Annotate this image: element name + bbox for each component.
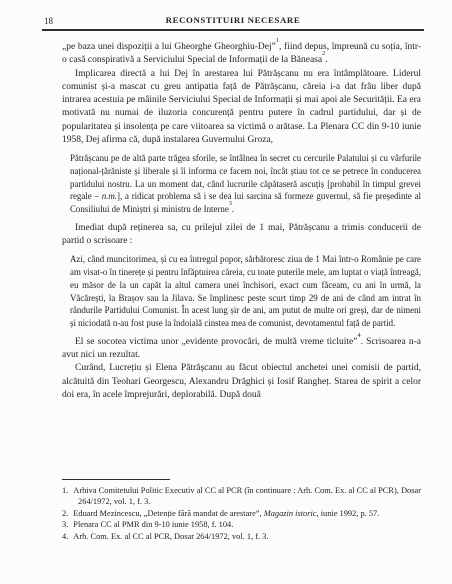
italic-text: Magazin istoric <box>264 509 317 518</box>
footnote-item: 2.Eduard Mezincescu, „Detenție fără mand… <box>62 508 421 519</box>
footnote-number: 1. <box>62 486 68 495</box>
block-quote: Pătrășcanu pe de altă parte trăgea sfori… <box>70 152 421 216</box>
footnotes-section: 1.Arhiva Comitetului Politic Executiv al… <box>62 479 421 542</box>
footnote-marker: 3 <box>229 200 232 207</box>
text-run: , iunie 1992, p. 57. <box>317 509 380 518</box>
footnote-item: 3.Plenara CC al PMR din 9-10 iunie 1958,… <box>62 519 421 530</box>
footnote-marker: 2 <box>322 50 325 57</box>
text-run: Curând, Lucrețiu și Elena Pătrășcanu au … <box>62 363 421 400</box>
footnote-item: 1.Arhiva Comitetului Politic Executiv al… <box>62 485 421 508</box>
page-number: 18 <box>44 16 53 26</box>
footnote-item: 4.Arh. Com. Ex. al CC al PCR, Dosar 264/… <box>62 531 421 542</box>
text-run: Azi, când muncitorimea, și cu ea întregu… <box>70 254 421 328</box>
text-run: Plenara CC al PMR din 9-10 iunie 1958, f… <box>73 520 233 529</box>
text-run: Arh. Com. Ex. al CC al PCR, Dosar 264/19… <box>73 532 268 541</box>
paragraph: Imediat după reținerea sa, cu prilejul z… <box>62 222 421 249</box>
book-page: 18 RECONSTITUIRI NECESARE „pe baza unei … <box>0 0 452 584</box>
footnote-number: 4. <box>62 532 68 541</box>
footnote-separator <box>62 479 170 480</box>
footnote-marker: 1 <box>276 37 279 44</box>
footnote-marker: 4 <box>357 332 360 339</box>
text-run: Arhiva Comitetului Politic Executiv al C… <box>73 486 421 506</box>
footnote-number: 2. <box>62 509 68 518</box>
running-title: RECONSTITUIRI NECESARE <box>42 15 424 25</box>
block-quote: Azi, când muncitorimea, și cu ea întregu… <box>70 253 421 329</box>
text-run: Implicarea directă a lui Dej în arestare… <box>62 69 421 145</box>
text-run: Eduard Mezincescu, „Detenție fără mandat… <box>73 509 263 518</box>
text-run: . <box>325 55 327 65</box>
footnote-list: 1.Arhiva Comitetului Politic Executiv al… <box>62 485 421 542</box>
text-run: Imediat după reținerea sa, cu prilejul z… <box>62 223 421 246</box>
text-run: . <box>232 204 234 214</box>
paragraph: El se socotea victima unor „evidente pro… <box>62 336 421 363</box>
text-run: „pe baza unei dispoziții a lui Gheorghe … <box>62 42 276 52</box>
paragraph: Implicarea directă a lui Dej în arestare… <box>62 68 421 148</box>
body-text: „pe baza unei dispoziții a lui Gheorghe … <box>62 41 421 402</box>
paragraph: „pe baza unei dispoziții a lui Gheorghe … <box>62 41 421 68</box>
italic-text: n.m. <box>102 191 117 201</box>
footnote-number: 3. <box>62 520 68 529</box>
text-run: El se socotea victima unor „evidente pro… <box>75 337 357 347</box>
paragraph: Curând, Lucrețiu și Elena Pătrășcanu au … <box>62 362 421 402</box>
text-run: ], a ridicat problema să i se dea lui sa… <box>70 191 421 214</box>
page-header: 18 RECONSTITUIRI NECESARE <box>42 15 424 31</box>
